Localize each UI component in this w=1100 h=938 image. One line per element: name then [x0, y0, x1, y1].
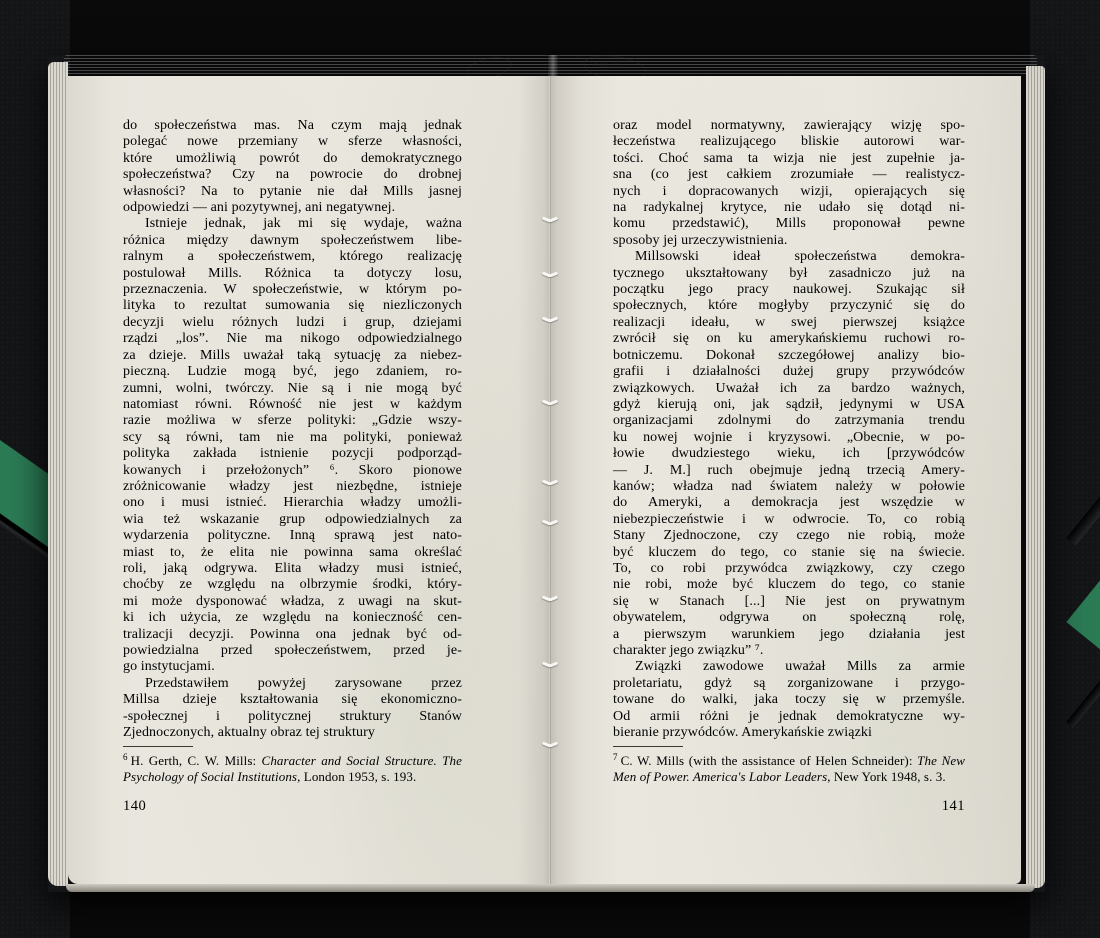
text-line: ono i musi istnieć. Hierarchia władzy um… [123, 495, 462, 511]
text-line: społecznych, które mogłyby przyczynić si… [613, 298, 965, 314]
text-line: komu przedstawić), Mills proponował pewn… [613, 216, 965, 232]
text-line: ku nowej wojnie i kryzysowi. „Obecnie, w… [613, 430, 965, 446]
text-line: Istnieje jednak, jak mi się wydaje, ważn… [123, 216, 462, 232]
text-line: -społecznej i politycznej struktury Stan… [123, 709, 462, 725]
text-line: społeczeństwa? Czy na powrocie do drobne… [123, 167, 462, 183]
text-line: grafii i działalności dużej grupy przywó… [613, 364, 965, 380]
paragraph: Związki zawodowe uważał Mills za armiepr… [613, 659, 965, 741]
text-line: ki ich użycia, ze względu na konieczność… [123, 610, 462, 626]
cover-ridge-right-upper [1066, 336, 1100, 546]
text-line: proletariatu, gdyż są zorganizowane i pr… [613, 676, 965, 692]
text-line: związkowych. Uważał ich za bardzo ważnyc… [613, 381, 965, 397]
book-spread-photo: BIBLIOT do społeczeństwa mas. Na czym ma… [0, 0, 1100, 938]
text-line: początku jego pracy naukowej. Szukając s… [613, 282, 965, 298]
text-line: go instytucjami. [123, 659, 462, 675]
text-line: kanów; władza nad światem należy w połow… [613, 479, 965, 495]
text-line: Millsowski ideał społeczeństwa demokra- [613, 249, 965, 265]
text-line: się w Stanach [...] Nie jest on prywatny… [613, 594, 965, 610]
text-line: Stany Zjednoczone, czy czego nie robią, … [613, 528, 965, 544]
text-line: Millsa dzieje kształtowania się ekonomic… [123, 692, 462, 708]
open-book: BIBLIOT do społeczeństwa mas. Na czym ma… [48, 55, 1045, 892]
text-line: charakter jego związku” ⁷. [613, 643, 965, 659]
text-line: które umożliwią powrót do demokratyczneg… [123, 151, 462, 167]
text-line: scy są równi, tam nie ma polityki, ponie… [123, 430, 462, 446]
text-line: miast to, że elita nie powinna sama okre… [123, 545, 462, 561]
page-edges-right [1026, 66, 1045, 888]
text-line: tralizacji decyzji. Powinna ona jednak b… [123, 627, 462, 643]
footnote-text-pre: C. W. Mills (with the assistance of Hele… [621, 753, 918, 768]
text-line: za dzieje. Mills uważał taką sytuację za… [123, 348, 462, 364]
text-line: sna (co jest całkiem zrozumiałe — realis… [613, 167, 965, 183]
text-line: — J. M.] ruch obejmuje jedną trzecią Ame… [613, 463, 965, 479]
page-edges-left [48, 62, 68, 886]
text-line: zumni, wolni, twórczy. Nie są i nie mogą… [123, 381, 462, 397]
text-line: kowanych i przełożonych” ⁶. Skoro pionow… [123, 463, 462, 479]
text-line: ralnym a społeczeństwem, którego realiza… [123, 249, 462, 265]
text-line: To, co robi przywódca związkowy, czy cze… [613, 561, 965, 577]
paragraph: Przedstawiłem powyżej zarysowane przezMi… [123, 676, 462, 742]
text-line: a pierwszym warunkiem jego działania jes… [613, 627, 965, 643]
text-line: botniczemu. Dokonał szczegółowej analizy… [613, 348, 965, 364]
text-line: łowie dwudziestego wieku, ich [przywódcó… [613, 446, 965, 462]
footnote-marker: 7 [613, 752, 618, 762]
page-left-body: do społeczeństwa mas. Na czym mają jedna… [123, 118, 462, 741]
text-line: natomiast równi. Równość nie jest w każd… [123, 397, 462, 413]
text-line: Związki zawodowe uważał Mills za armie [613, 659, 965, 675]
footnote-rule-right [613, 746, 683, 747]
text-line: roli, jaką odgrywa. Elita władzy musi is… [123, 561, 462, 577]
paragraph: do społeczeństwa mas. Na czym mają jedna… [123, 118, 462, 216]
page-right-text-block: oraz model normatywny, zawierający wizję… [613, 118, 965, 815]
text-line: bieranie przywódców. Amerykańskie związk… [613, 725, 965, 741]
text-line: odpowiedzi — ani pozytywnej, ani negatyw… [123, 200, 462, 216]
text-line: różnica między dawnym społeczeństwem lib… [123, 233, 462, 249]
text-line: łeczeństwa realizującego bliskie autorow… [613, 134, 965, 150]
text-line: wydarzenia polityczne. Inną sprawą jest … [123, 528, 462, 544]
text-line: do Ameryki, a demokracja jest wszędzie w [613, 495, 965, 511]
text-line: gdyż kierują oni, jak sądził, jedynymi w… [613, 397, 965, 413]
text-line: organizacjami zdolnymi do zatrzymania tr… [613, 413, 965, 429]
text-line: nie robi, może być kluczem do tego, co s… [613, 577, 965, 593]
text-line: tycznego ukształtowany był zasadniczo ju… [613, 266, 965, 282]
footnote-6: 6H. Gerth, C. W. Mills: Character and So… [123, 753, 462, 784]
paragraph: Istnieje jednak, jak mi się wydaje, ważn… [123, 216, 462, 675]
page-right-body: oraz model normatywny, zawierający wizję… [613, 118, 965, 741]
text-line: postulował Mills. Różnica ta dotyczy los… [123, 266, 462, 282]
footnote-7: 7C. W. Mills (with the assistance of Hel… [613, 753, 965, 784]
text-line: razie możliwa w sferze polityki: „Gdzie … [123, 413, 462, 429]
footnote-text-post: , London 1953, s. 193. [297, 769, 416, 784]
text-line: tości. Choć sama ta wizja nie jest zupeł… [613, 151, 965, 167]
text-line: niebezpieczeństwie i w odwrocie. To, co … [613, 512, 965, 528]
footnote-text-pre: H. Gerth, C. W. Mills: [131, 753, 262, 768]
text-line: zwrócił się on ku amerykańskiemu ruchowi… [613, 331, 965, 347]
text-line: zróżnicowanie władzy jest niezbędne, ist… [123, 479, 462, 495]
page-edges-bottom [66, 884, 1035, 892]
text-line: własności? Na to pytanie nie dał Mills j… [123, 184, 462, 200]
page-number-right: 141 [613, 798, 965, 815]
footnote-text-post: , New York 1948, s. 3. [827, 769, 946, 784]
text-line: przeznaczenia. W społeczeństwie, w który… [123, 282, 462, 298]
text-line: powiedzialna przed społeczeństwem, przed… [123, 643, 462, 659]
text-line: pieczną. Ludzie mogą być, jego zdaniem, … [123, 364, 462, 380]
footnote-marker: 6 [123, 752, 128, 762]
text-line: na radykalnej krytyce, nie udało się dot… [613, 200, 965, 216]
text-line: Od armii różni je jednak demokratyczne w… [613, 709, 965, 725]
page-edges-top: BIBLIOT [64, 55, 1037, 76]
text-line: Zjednoczonych, aktualny obraz tej strukt… [123, 725, 462, 741]
text-line: realizacji ideału, w swej pierwszej ksią… [613, 315, 965, 331]
text-line: sposoby jej urzeczywistnienia. [613, 233, 965, 249]
text-line: decyzji wielu różnych ludzi i grup, dzie… [123, 315, 462, 331]
footnote-rule-left [123, 746, 193, 747]
text-line: nych i dopracowanych wizji, opierających… [613, 184, 965, 200]
page-left-text-block: do społeczeństwa mas. Na czym mają jedna… [123, 118, 462, 815]
page-number-left: 140 [123, 798, 462, 815]
text-line: rządzi „los”. Nie ma nikogo odpowiedzial… [123, 331, 462, 347]
library-stamp-text: BIBLIOT [594, 62, 624, 70]
text-line: choćby ze względu na olbrzymie środki, k… [123, 577, 462, 593]
text-line: polegać nowe przemiany w sferze własnośc… [123, 134, 462, 150]
text-line: Przedstawiłem powyżej zarysowane przez [123, 676, 462, 692]
text-line: wia też wskazanie grup odpowiedzialnych … [123, 512, 462, 528]
text-line: lityka to rezultat sumowania się niezlic… [123, 298, 462, 314]
text-line: towane do walki, jaka toczy się w przemy… [613, 692, 965, 708]
text-line: do społeczeństwa mas. Na czym mają jedna… [123, 118, 462, 134]
text-line: mi może dysponować władza, z uwagi na sk… [123, 594, 462, 610]
text-line: być kluczem do tego, co stanie się na św… [613, 545, 965, 561]
paragraph: Millsowski ideał społeczeństwa demokra-t… [613, 249, 965, 659]
text-line: obywatelem, odgrywa on społeczną rolę, [613, 610, 965, 626]
paragraph: oraz model normatywny, zawierający wizję… [613, 118, 965, 249]
text-line: polityka zakłada istnienie pozycji podpo… [123, 446, 462, 462]
text-line: oraz model normatywny, zawierający wizję… [613, 118, 965, 134]
